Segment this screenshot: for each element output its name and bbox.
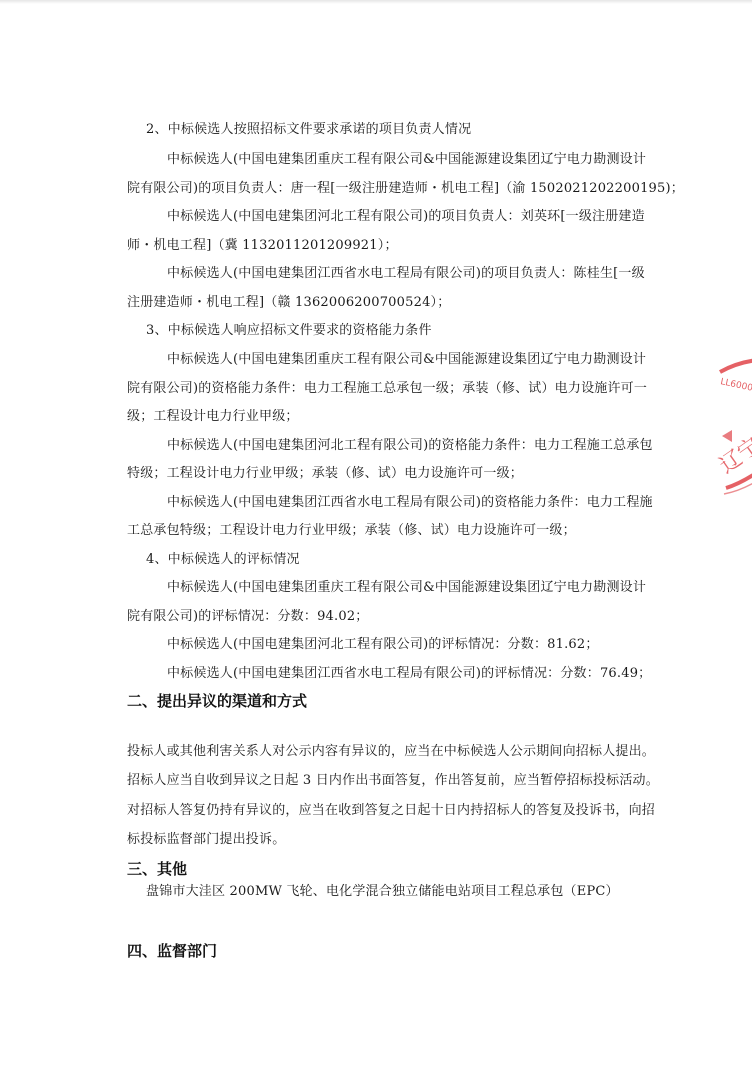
paragraph-line: 标投标监督部门提出投诉。 (127, 832, 285, 848)
paragraph-line: 院有限公司)的项目负责人：唐一程[一级注册建造师・机电工程]（渝 1502021… (127, 181, 684, 197)
paragraph-line: 院有限公司)的评标情况：分数：94.02； (127, 609, 369, 625)
paragraph-line: 中标候选人(中国电建集团河北工程有限公司)的评标情况：分数：81.62； (167, 637, 599, 653)
paragraph-line: 中标候选人(中国电建集团重庆工程有限公司&中国能源建设集团辽宁电力勘测设计 (167, 352, 646, 368)
paragraph-line: 师・机电工程]（冀 1132011201209921）； (127, 238, 398, 254)
project-name-line: 盘锦市大洼区 200MW 飞轮、电化学混合独立储能电站项目工程总承包（EPC） (146, 884, 619, 900)
paragraph-line: 中标候选人(中国电建集团河北工程有限公司)的项目负责人：刘英环[一级注册建造 (167, 209, 645, 225)
section4-heading: 四、监督部门 (127, 942, 217, 960)
scan-top-edge (0, 0, 752, 4)
svg-text:辽宁: 辽宁 (715, 433, 752, 479)
item2-title: 2、中标候选人按照招标文件要求承诺的项目负责人情况 (146, 122, 471, 138)
paragraph-line: 投标人或其他利害关系人对公示内容有异议的，应当在中标候选人公示期间向招标人提出。 (127, 744, 655, 760)
paragraph-line: 工总承包特级；工程设计电力行业甲级；承装（修、试）电力设施许可一级； (127, 523, 576, 539)
paragraph-line: 中标候选人(中国电建集团河北工程有限公司)的资格能力条件：电力工程施工总承包 (167, 438, 653, 454)
paragraph-line: 对招标人答复仍持有异议的，应当在收到答复之日起十日内持招标人的答复及投诉书，向招 (127, 803, 655, 819)
section2-heading: 二、提出异议的渠道和方式 (127, 692, 307, 710)
paragraph-line: 特级；工程设计电力行业甲级；承装（修、试）电力设施许可一级； (127, 466, 523, 482)
paragraph-line: 招标人应当自收到异议之日起 3 日内作出书面答复，作出答复前，应当暂停招标投标活… (127, 773, 659, 789)
paragraph-line: 中标候选人(中国电建集团江西省水电工程局有限公司)的项目负责人：陈桂生[一级 (167, 266, 645, 282)
paragraph-line: 院有限公司)的资格能力条件：电力工程施工总承包一级；承装（修、试）电力设施许可一 (127, 381, 647, 397)
paragraph-line: 中标候选人(中国电建集团重庆工程有限公司&中国能源建设集团辽宁电力勘测设计 (167, 152, 646, 168)
paragraph-line: 注册建造师・机电工程]（赣 1362006200700524）； (127, 295, 450, 311)
paragraph-line: 中标候选人(中国电建集团江西省水电工程局有限公司)的资格能力条件：电力工程施 (167, 495, 653, 511)
paragraph-line: 中标候选人(中国电建集团重庆工程有限公司&中国能源建设集团辽宁电力勘测设计 (167, 580, 646, 596)
item3-title: 3、中标候选人响应招标文件要求的资格能力条件 (146, 323, 432, 339)
paragraph-line: 中标候选人(中国电建集团江西省水电工程局有限公司)的评标情况：分数：76.49； (167, 666, 651, 682)
document-page: 2、中标候选人按照招标文件要求承诺的项目负责人情况 中标候选人(中国电建集团重庆… (0, 0, 752, 1074)
official-seal-stamp-icon: LL6000 辽宁 (712, 350, 752, 500)
section3-heading: 三、其他 (127, 860, 187, 878)
paragraph-line: 级；工程设计电力行业甲级； (127, 409, 299, 425)
svg-text:LL6000: LL6000 (719, 377, 752, 394)
item4-title: 4、中标候选人的评标情况 (146, 552, 300, 568)
